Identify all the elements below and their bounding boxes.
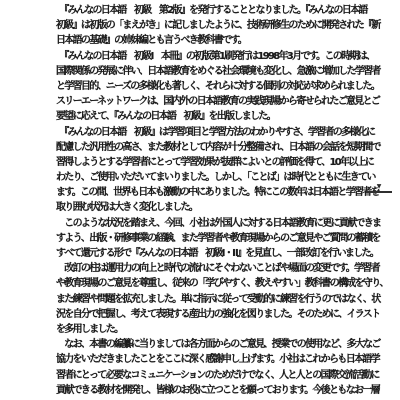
margin-registration-mark: ▼ — [365, 183, 393, 193]
text-line: 国際関係の発展に伴い、日本語教育をめぐる社会環境も変化し、急激に増加した学習者 — [56, 64, 374, 79]
preface-text-block: 『みんなの日本語 初級 第2版』を発行することとなりました。『みんなの日本語 初… — [56, 3, 374, 398]
text-line: 習得しようとする学習者にとって学習効果が抜群によいとの評価を得て、10年以上に — [56, 155, 374, 170]
text-line: 習者にとって必要なコミュニケーションのためだけでなく、人と人との国際交流活動に — [56, 368, 374, 383]
text-line: 配慮した汎用性の高さ、また教材として内容が十分整備され、日本語の会話を短期間で — [56, 140, 374, 155]
text-line: 要望に応えて、『みんなの日本語 初級』を出版しました。 — [56, 109, 374, 124]
text-line: わたり、ご使用いただいてまいりました。しかし、「ことば」は時代とともに生きてい — [56, 170, 374, 185]
text-line: 況を自分で把握し、考えて表現する産出力の強化を図りました。そのために、イラスト — [56, 307, 374, 322]
text-line: 『みんなの日本語 初級 第2版』を発行することとなりました。『みんなの日本語 — [56, 3, 374, 18]
text-line: を多用しました。 — [56, 322, 374, 337]
text-line: 貢献できる教材を開発し、皆様のお役に立つことを願っております。今後ともなお一層 — [56, 383, 374, 398]
text-line: と学習目的、ニーズの多様化も著しく、それらに対する個別の対応が求められました。 — [56, 79, 374, 94]
text-line: すべて還元する形で『みんなの日本語 初級Ⅰ・Ⅱ』を見直し、一部改訂を行いました。 — [56, 246, 374, 261]
text-line: 取り囲む状況は大きく変化しました。 — [56, 200, 374, 215]
text-line: 初級』は初版の「まえがき」に記しましたように、技術研修生のために開発された『新 — [56, 18, 374, 33]
text-line: や教育現場のご意見を尊重し、従来の「学びやすく、教えやすい」教科書の構成を守り、 — [56, 276, 374, 291]
down-triangle-icon: ▼ — [365, 183, 393, 190]
registration-underline — [366, 191, 392, 193]
text-line: すよう、出版・研修事業の経験、また学習者や教育現場からのご意見やご質問の蓄積を — [56, 231, 374, 246]
document-page: 『みんなの日本語 初級 第2版』を発行することとなりました。『みんなの日本語 初… — [0, 0, 400, 400]
text-line: 改訂の柱は運用力の向上と時代の流れにそぐわないことばや場面の変更です。学習者 — [56, 261, 374, 276]
text-line: ます。この間、世界も日本も激動の中にありました。特にこの数年は日本語と学習者を — [56, 185, 374, 200]
text-line: また練習や問題を拡充しました。単に指示に従って受動的に練習を行うのではなく、状 — [56, 292, 374, 307]
text-line: なお、本書の編纂に当りましては各方面からのご意見、授業での使用など、多大なご — [56, 337, 374, 352]
text-line: 『みんなの日本語 初級Ⅰ 本冊』の初版第1刷発行は1998年3月です。この時期は… — [56, 49, 374, 64]
text-line: スリーエーネットワークは、国内外の日本語教育の実践現場から寄せられたご意見とご — [56, 94, 374, 109]
text-line: このような状況を踏まえ、今回、小社は外国人に対する日本語教育に更に貢献できま — [56, 216, 374, 231]
text-line: 協力をいただきましたことをここに深く感謝申し上げます。小社はこれからも日本語学 — [56, 352, 374, 367]
text-line: 『みんなの日本語 初級』は学習項目と学習方法のわかりやすさ、学習者の多様化に — [56, 125, 374, 140]
text-line: 日本語の基礎』の姉妹編とも言うべき教科書です。 — [56, 33, 374, 48]
